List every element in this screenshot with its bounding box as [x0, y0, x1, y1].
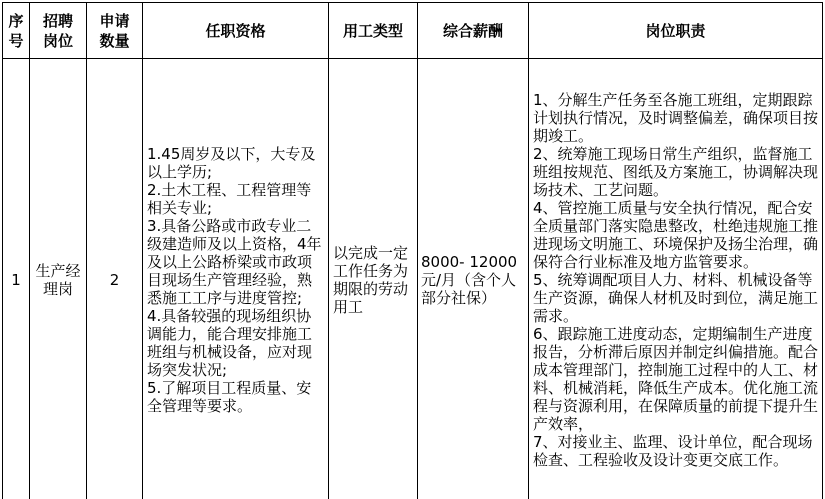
- header-row: 序号 招聘岗位 申请数量 任职资格 用工类型 综合薪酬 岗位职责: [3, 3, 823, 59]
- text-line: 5、统筹调配项目人力、材料、机械设备等生产资源，确保人材机及时到位，满足施工需求…: [533, 271, 818, 325]
- header-cell-qualifications: 任职资格: [143, 3, 329, 59]
- text-line: 综合薪酬: [419, 21, 527, 41]
- text-line: 2.土木工程、工程管理等相关专业;: [147, 181, 324, 217]
- text-line: 号: [4, 31, 28, 51]
- text-line: 岗位职责: [530, 21, 821, 41]
- text-line: 岗位: [31, 31, 85, 51]
- text-line: 用工类型: [330, 21, 416, 41]
- text-line: 任职资格: [144, 21, 327, 41]
- text-line: 1.45周岁及以下，大专及以上学历;: [147, 145, 324, 181]
- cell-count: 2: [87, 59, 143, 499]
- cell-duties: 1、分解生产任务至各施工班组，定期跟踪计划执行情况，及时调整偏差，确保项目按期竣…: [529, 59, 823, 499]
- header-cell-salary: 综合薪酬: [418, 3, 529, 59]
- cell-salary: 8000- 12000元/月（含个人部分社保）: [418, 59, 529, 499]
- text-line: 3.具备公路或市政专业二级建造师及以上资格，4年及以上公路桥梁或市政项目现场生产…: [147, 217, 324, 307]
- text-line: 序: [4, 11, 28, 31]
- recruitment-table: 序号 招聘岗位 申请数量 任职资格 用工类型 综合薪酬 岗位职责 1 生产经理岗…: [2, 2, 823, 499]
- text-line: 4.具备较强的现场组织协调能力，能合理安排施工班组与机械设备，应对现场突发状况;: [147, 307, 324, 379]
- text-line: 6、跟踪施工进度动态，定期编制生产进度报告，分析滞后原因并制定纠偏措施。配合成本…: [533, 325, 818, 433]
- recruitment-page: 序号 招聘岗位 申请数量 任职资格 用工类型 综合薪酬 岗位职责 1 生产经理岗…: [0, 0, 825, 499]
- text-line: 申请: [88, 11, 141, 31]
- header-cell-position: 招聘岗位: [30, 3, 87, 59]
- text-line: 5.了解项目工程质量、安全管理等要求。: [147, 379, 324, 415]
- cell-seq: 1: [3, 59, 30, 499]
- text-line: 1、分解生产任务至各施工班组，定期跟踪计划执行情况，及时调整偏差，确保项目按期竣…: [533, 91, 818, 145]
- text-line: 2、统筹施工现场日常生产组织，监督施工班组按规范、图纸及方案施工，协调解决现场技…: [533, 145, 818, 199]
- header-cell-duties: 岗位职责: [529, 3, 823, 59]
- header-cell-seq: 序号: [3, 3, 30, 59]
- text-line: 招聘: [31, 11, 85, 31]
- cell-qualifications: 1.45周岁及以下，大专及以上学历;2.土木工程、工程管理等相关专业;3.具备公…: [143, 59, 329, 499]
- text-line: 4、管控施工质量与安全执行情况，配合安全质量部门落实隐患整改，杜绝违规施工推进现…: [533, 199, 818, 271]
- cell-position: 生产经理岗: [30, 59, 87, 499]
- text-line: 7、对接业主、监理、设计单位，配合现场检查、工程验收及设计变更交底工作。: [533, 433, 818, 469]
- text-line: 数量: [88, 31, 141, 51]
- header-cell-count: 申请数量: [87, 3, 143, 59]
- table-row: 1 生产经理岗 2 1.45周岁及以下，大专及以上学历;2.土木工程、工程管理等…: [3, 59, 823, 499]
- header-cell-employment-type: 用工类型: [329, 3, 418, 59]
- cell-employment-type: 以完成一定工作任务为期限的劳动用工: [329, 59, 418, 499]
